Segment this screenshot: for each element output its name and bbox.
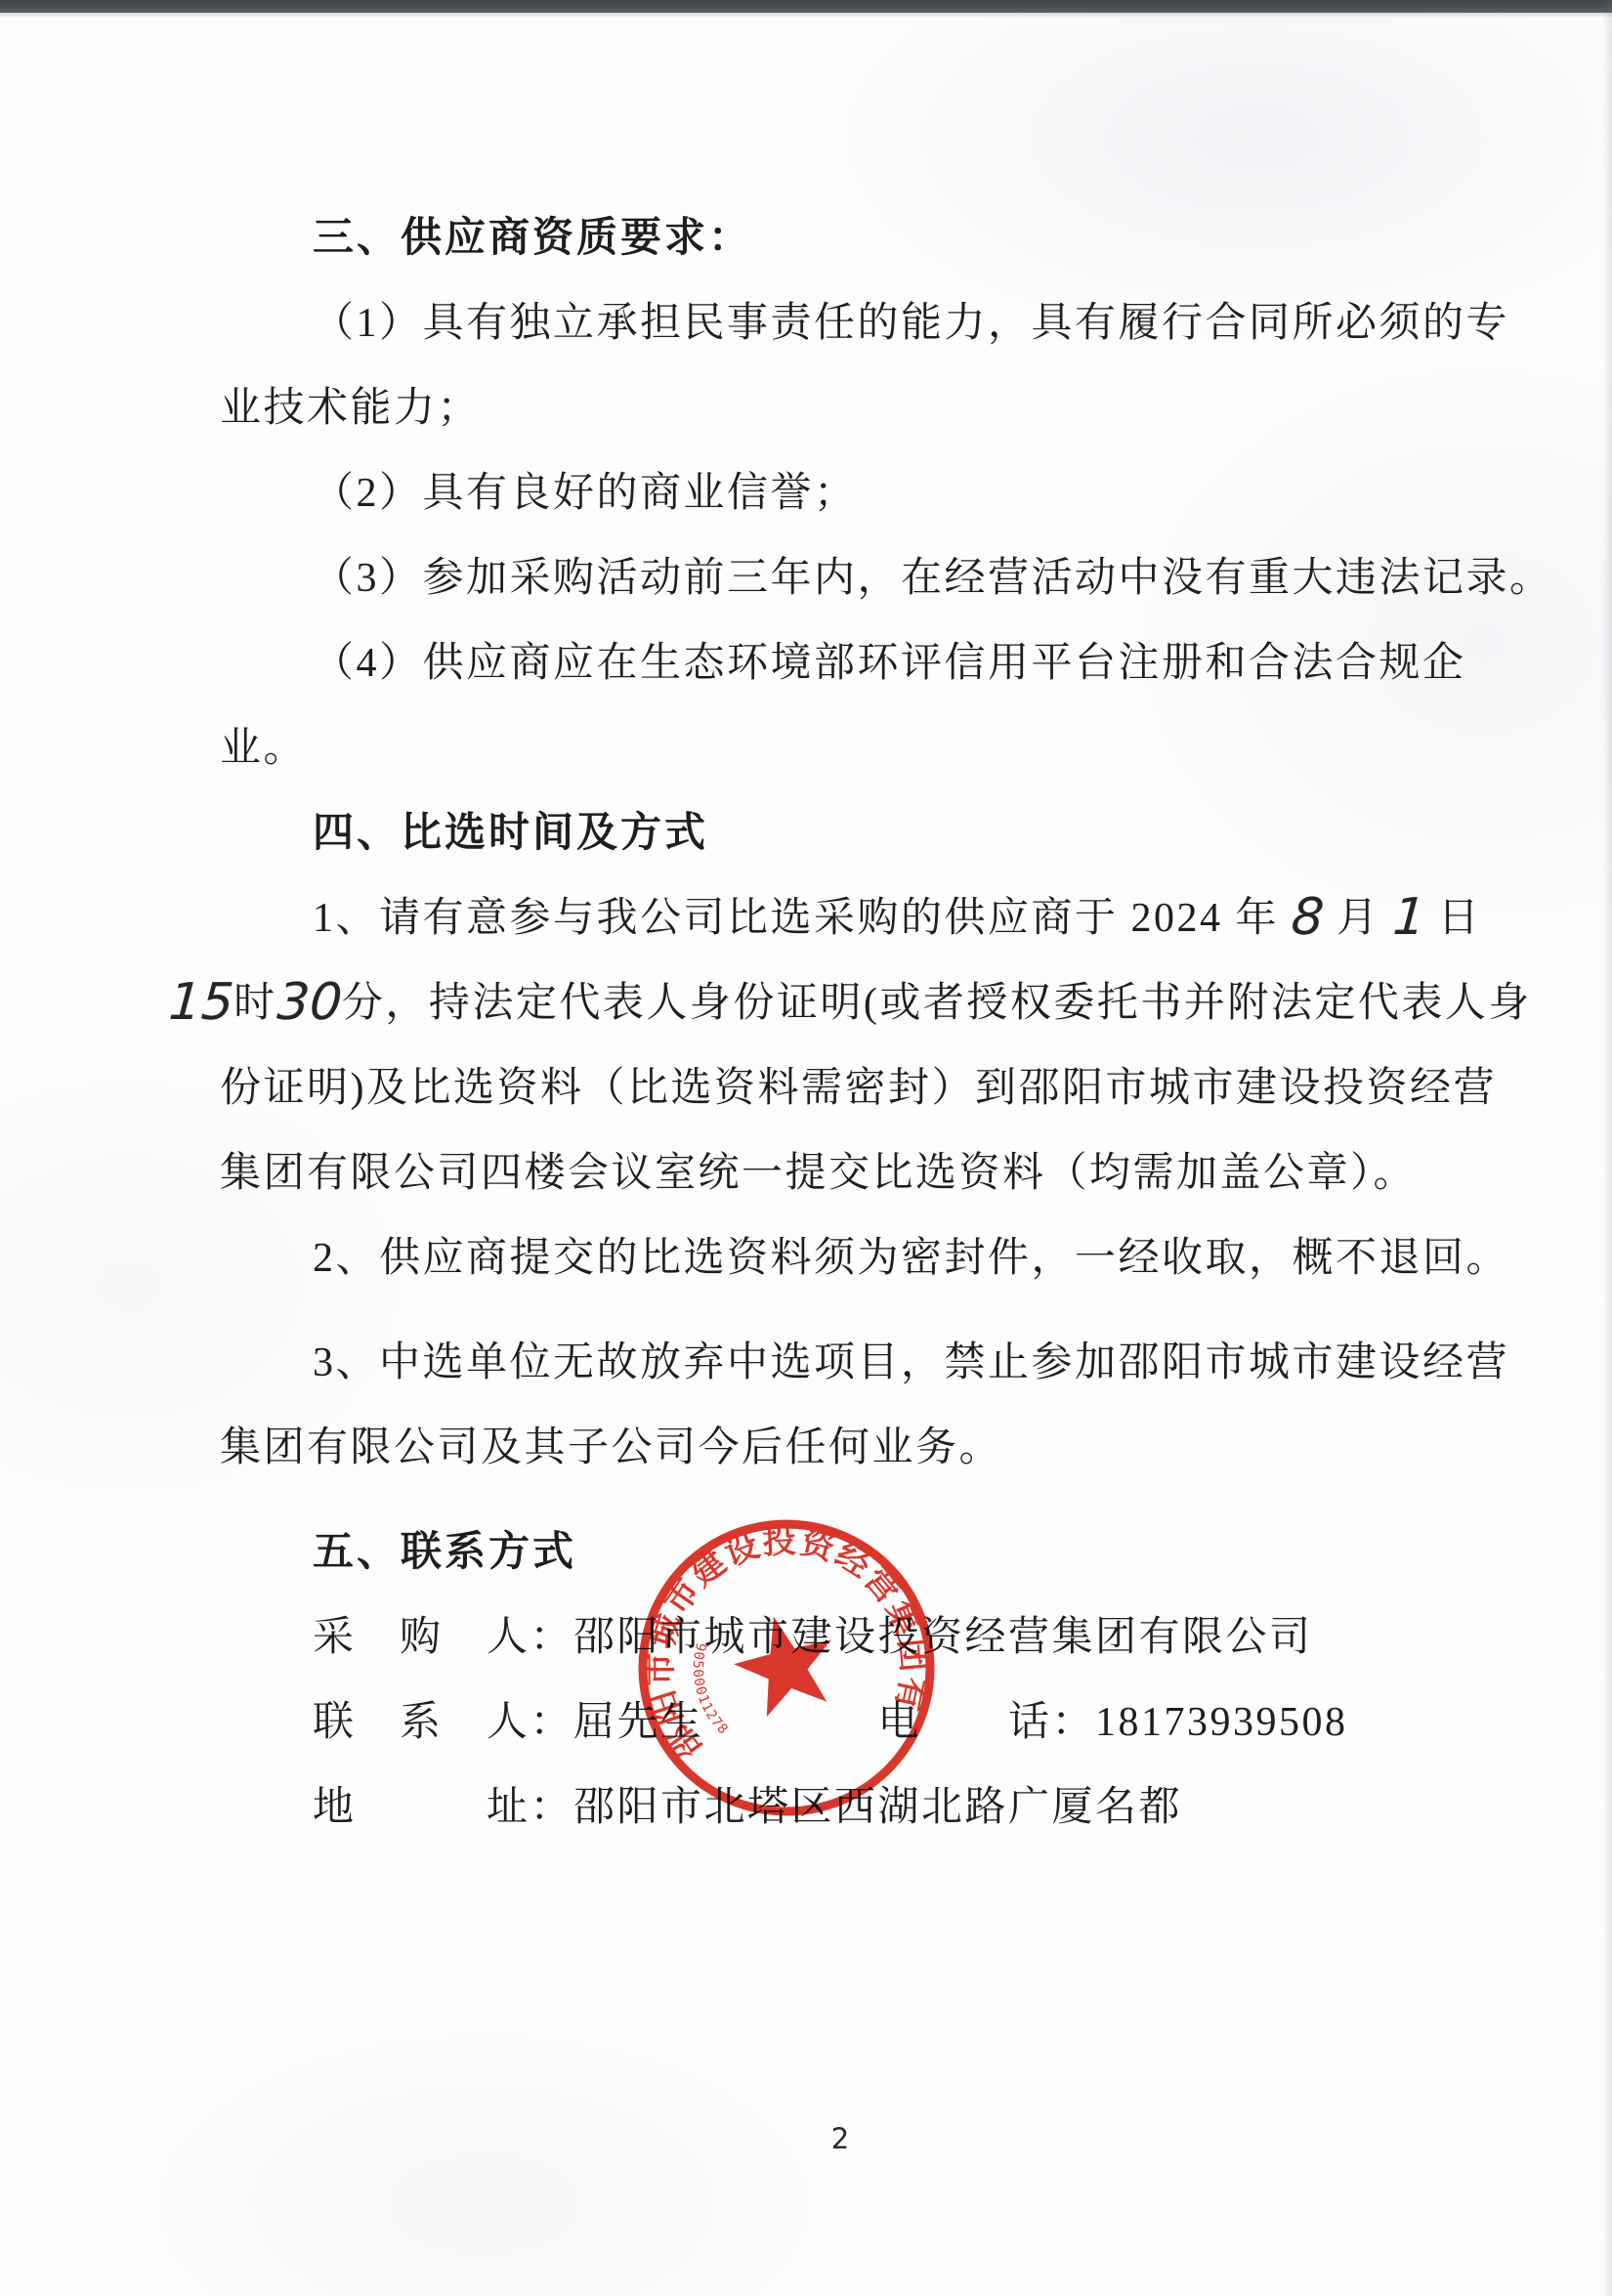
para-1-line-4: 集团有限公司四楼会议室统一提交比选资料（均需加盖公章）。 bbox=[220, 1127, 1495, 1212]
para-2: 2、供应商提交的比选资料须为密封件，一经收取，概不退回。 bbox=[220, 1212, 1495, 1297]
printed-text: 采 购 人：邵阳市城市建设投资经营集团有限公司 bbox=[313, 1604, 1313, 1663]
handwritten-text: 15 bbox=[167, 973, 235, 1032]
printed-text: （2）具有良好的商业信誉； bbox=[313, 460, 858, 519]
printed-text: （3）参加采购活动前三年内，在经营活动中没有重大违法记录。 bbox=[313, 545, 1553, 604]
handwritten-text: 1 bbox=[1391, 888, 1427, 947]
printed-text: 3、中选单位无故放弃中选项目，禁止参加邵阳市城市建设经营 bbox=[313, 1330, 1509, 1388]
printed-text: 四、比选时间及方式 bbox=[313, 800, 708, 859]
printed-text: 月 bbox=[1324, 885, 1393, 944]
printed-text: 份证明)及比选资料（比选资料需密封）到邵阳市城市建设投资经营 bbox=[220, 1055, 1497, 1114]
printed-text: 2、供应商提交的比选资料须为密封件，一经收取，概不退回。 bbox=[313, 1225, 1509, 1284]
contact-address: 地 址：邵阳市北塔区西湖北路广厦名都 bbox=[220, 1761, 1495, 1846]
item-4-line-2: 业。 bbox=[220, 702, 1495, 787]
para-1-line-3: 份证明)及比选资料（比选资料需密封）到邵阳市城市建设投资经营 bbox=[220, 1042, 1495, 1127]
printed-text: 时 bbox=[233, 970, 277, 1029]
printed-text: 集团有限公司四楼会议室统一提交比选资料（均需加盖公章）。 bbox=[220, 1140, 1417, 1199]
page-number: 2 bbox=[811, 2122, 870, 2155]
para-1-line-2: 15时30分，持法定代表人身份证明(或者授权委托书并附法定代表人身 bbox=[169, 957, 1495, 1042]
handwritten-text: 8 bbox=[1290, 888, 1326, 947]
printed-text: 业。 bbox=[220, 715, 307, 774]
printed-text: 集团有限公司及其子公司今后任何业务。 bbox=[220, 1415, 1002, 1473]
item-1-line-1: （1）具有独立承担民事责任的能力，具有履行合同所必须的专 bbox=[220, 276, 1495, 361]
para-3-line-2: 集团有限公司及其子公司今后任何业务。 bbox=[220, 1401, 1495, 1486]
section-3-heading: 三、供应商资质要求： bbox=[220, 191, 1495, 276]
item-1-line-2: 业技术能力； bbox=[220, 361, 1495, 446]
section-4-heading: 四、比选时间及方式 bbox=[220, 787, 1495, 872]
printed-text: 五、联系方式 bbox=[313, 1519, 576, 1578]
item-2: （2）具有良好的商业信誉； bbox=[220, 446, 1495, 531]
document-body: 三、供应商资质要求：（1）具有独立承担民事责任的能力，具有履行合同所必须的专业技… bbox=[0, 0, 1612, 1846]
section-5-heading: 五、联系方式 bbox=[220, 1506, 1495, 1591]
item-4-line-1: （4）供应商应在生态环境部环评信用平台注册和合法合规企 bbox=[220, 617, 1495, 702]
printed-text: 业技术能力； bbox=[220, 375, 481, 434]
item-3: （3）参加采购活动前三年内，在经营活动中没有重大违法记录。 bbox=[220, 531, 1495, 617]
printed-text: 地 址：邵阳市北塔区西湖北路广厦名都 bbox=[313, 1774, 1182, 1833]
scanned-document-page: 三、供应商资质要求：（1）具有独立承担民事责任的能力，具有履行合同所必须的专业技… bbox=[0, 0, 1612, 2296]
printed-text: 三、供应商资质要求： bbox=[313, 205, 752, 264]
printed-text: 分，持法定代表人身份证明(或者授权委托书并附法定代表人身 bbox=[342, 970, 1532, 1029]
printed-text: （4）供应商应在生态环境部环评信用平台注册和合法合规企 bbox=[313, 630, 1466, 689]
contact-person-phone: 联 系 人：屈先生 电 话：18173939508 bbox=[220, 1676, 1495, 1761]
para-3-line-1: 3、中选单位无故放弃中选项目，禁止参加邵阳市城市建设经营 bbox=[220, 1316, 1495, 1401]
para-1-line-1: 1、请有意参与我公司比选采购的供应商于 2024 年 8 月 1 日 bbox=[220, 872, 1495, 957]
printed-text: 联 系 人：屈先生 电 话：18173939508 bbox=[313, 1689, 1348, 1748]
printed-text: 1、请有意参与我公司比选采购的供应商于 2024 年 bbox=[313, 885, 1292, 944]
contact-purchaser: 采 购 人：邵阳市城市建设投资经营集团有限公司 bbox=[220, 1591, 1495, 1676]
handwritten-text: 30 bbox=[276, 973, 344, 1032]
printed-text: 日 bbox=[1425, 885, 1482, 944]
printed-text: （1）具有独立承担民事责任的能力，具有履行合同所必须的专 bbox=[313, 290, 1509, 349]
